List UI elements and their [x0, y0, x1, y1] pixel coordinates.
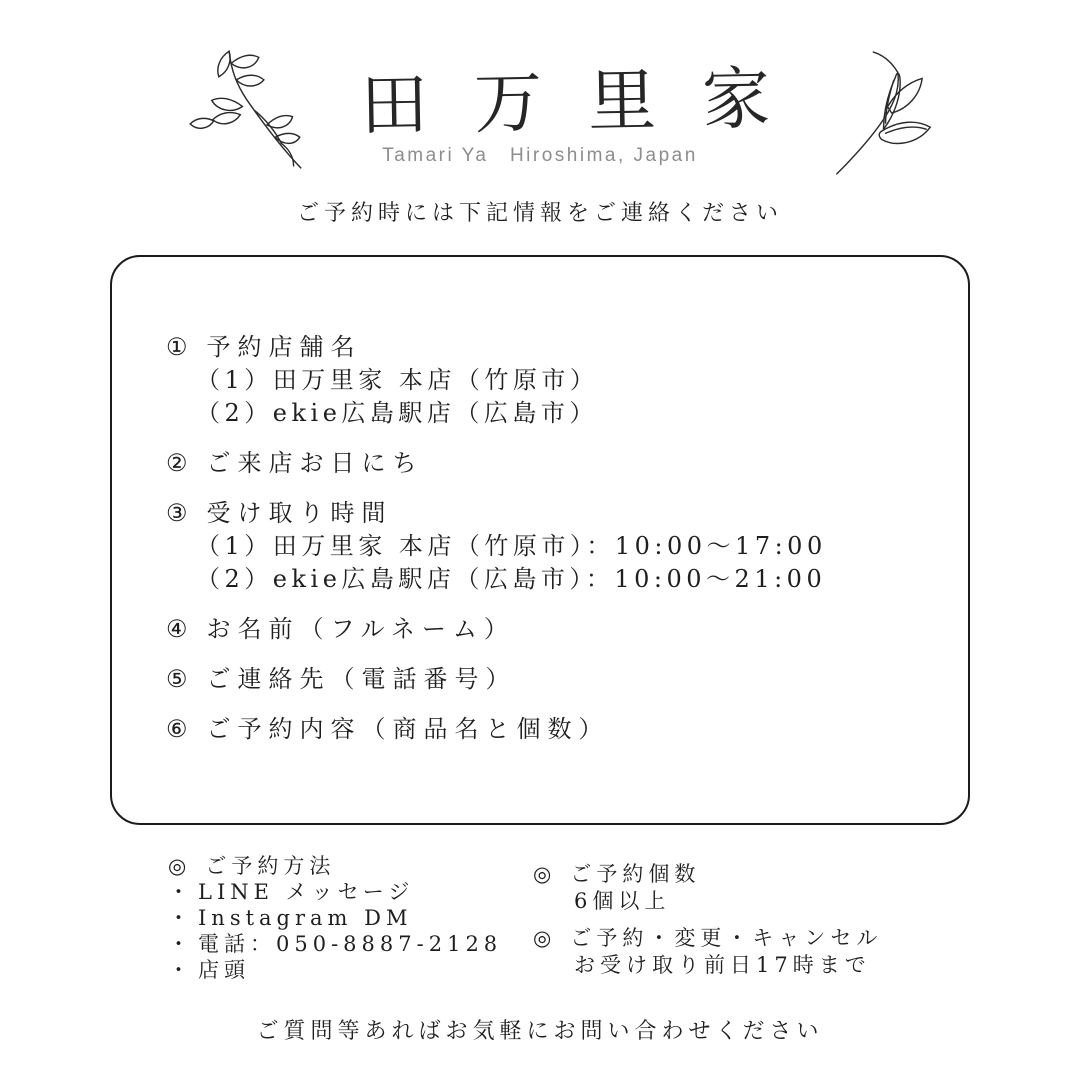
quantity-detail: 6個以上 [533, 888, 882, 915]
change-cancel-heading: ◎ご予約・変更・キャンセル [533, 925, 882, 952]
method-option: 電話：050-8887-2128 [198, 932, 502, 956]
double-circle-icon: ◎ [533, 926, 556, 950]
change-cancel-detail: お受け取り前日17時まで [533, 952, 882, 979]
change-cancel-title: ご予約・変更・キャンセル [570, 926, 882, 950]
bullet-icon: ・ [168, 932, 194, 956]
info-item-pickup-time: ③受け取り時間 （1）田万里家 本店（竹原市）：10:00～17:00 （2）e… [166, 497, 918, 596]
item-title: お名前（フルネーム） [207, 615, 515, 643]
item-title-row: ④お名前（フルネーム） [166, 613, 918, 646]
intro-text: ご予約時には下記情報をご連絡ください [0, 196, 1080, 227]
footer-contact-note: ご質問等あればお気軽にお問い合わせください [0, 1014, 1080, 1045]
info-item-store-name: ①予約店舗名 （1）田万里家 本店（竹原市） （2）ekie広島駅店（広島市） [166, 331, 918, 430]
info-item-order-details: ⑥ご予約内容（商品名と個数） [166, 713, 918, 746]
double-circle-icon: ◎ [533, 862, 556, 886]
item-number: ⑥ [166, 715, 195, 743]
flyer-page: 田万里家 Tamari Ya Hiroshima, Japan ご予約時には下記… [0, 0, 1080, 1080]
method-heading: ◎ご予約方法 [168, 853, 502, 879]
item-title-row: ①予約店舗名 [166, 331, 918, 364]
info-item-contact: ⑤ご連絡先（電話番号） [166, 663, 918, 696]
method-option: 店頭 [198, 958, 250, 982]
method-option: LINE メッセージ [198, 880, 414, 904]
item-title-row: ⑥ご予約内容（商品名と個数） [166, 713, 918, 746]
method-option-instagram: ・Instagram DM [168, 905, 502, 931]
item-title-row: ⑤ご連絡先（電話番号） [166, 663, 918, 696]
item-title: ご来店お日にち [207, 449, 424, 477]
item-title: 予約店舗名 [207, 333, 362, 361]
bullet-icon: ・ [168, 880, 194, 904]
method-option-line: ・LINE メッセージ [168, 879, 502, 905]
bullet-icon: ・ [168, 958, 194, 982]
brand-tagline: Tamari Ya Hiroshima, Japan [0, 140, 1080, 167]
item-subline: （1）田万里家 本店（竹原市） [166, 364, 918, 397]
item-number: ④ [166, 615, 195, 643]
item-subline: （1）田万里家 本店（竹原市）：10:00～17:00 [166, 530, 918, 563]
method-title: ご予約方法 [205, 854, 335, 878]
item-title-row: ②ご来店お日にち [166, 447, 918, 480]
item-title-row: ③受け取り時間 [166, 497, 918, 530]
item-subline: （2）ekie広島駅店（広島市）：10:00～21:00 [166, 563, 918, 596]
item-number: ② [166, 449, 195, 477]
quantity-title: ご予約個数 [570, 862, 700, 886]
reservation-info-box: ①予約店舗名 （1）田万里家 本店（竹原市） （2）ekie広島駅店（広島市） … [110, 255, 970, 825]
item-subline: （2）ekie広島駅店（広島市） [166, 397, 918, 430]
double-circle-icon: ◎ [168, 854, 191, 878]
item-title: ご予約内容（商品名と個数） [207, 715, 610, 743]
item-number: ① [166, 333, 195, 361]
bullet-icon: ・ [168, 906, 194, 930]
item-number: ⑤ [166, 665, 195, 693]
info-item-name: ④お名前（フルネーム） [166, 613, 918, 646]
item-title: 受け取り時間 [207, 499, 393, 527]
quantity-section: ◎ご予約個数 6個以上 [533, 861, 882, 915]
info-item-visit-date: ②ご来店お日にち [166, 447, 918, 480]
method-option-phone: ・電話：050-8887-2128 [168, 931, 502, 957]
brand-logo: 田万里家 [47, 39, 1080, 155]
reservation-method-section: ◎ご予約方法 ・LINE メッセージ ・Instagram DM ・電話：050… [168, 853, 502, 983]
change-cancel-section: ◎ご予約・変更・キャンセル お受け取り前日17時まで [533, 925, 882, 979]
reservation-terms-section: ◎ご予約個数 6個以上 ◎ご予約・変更・キャンセル お受け取り前日17時まで [533, 861, 882, 979]
quantity-heading: ◎ご予約個数 [533, 861, 882, 888]
item-title: ご連絡先（電話番号） [207, 665, 517, 693]
method-option: Instagram DM [198, 906, 413, 930]
item-number: ③ [166, 499, 195, 527]
method-option-instore: ・店頭 [168, 957, 502, 983]
